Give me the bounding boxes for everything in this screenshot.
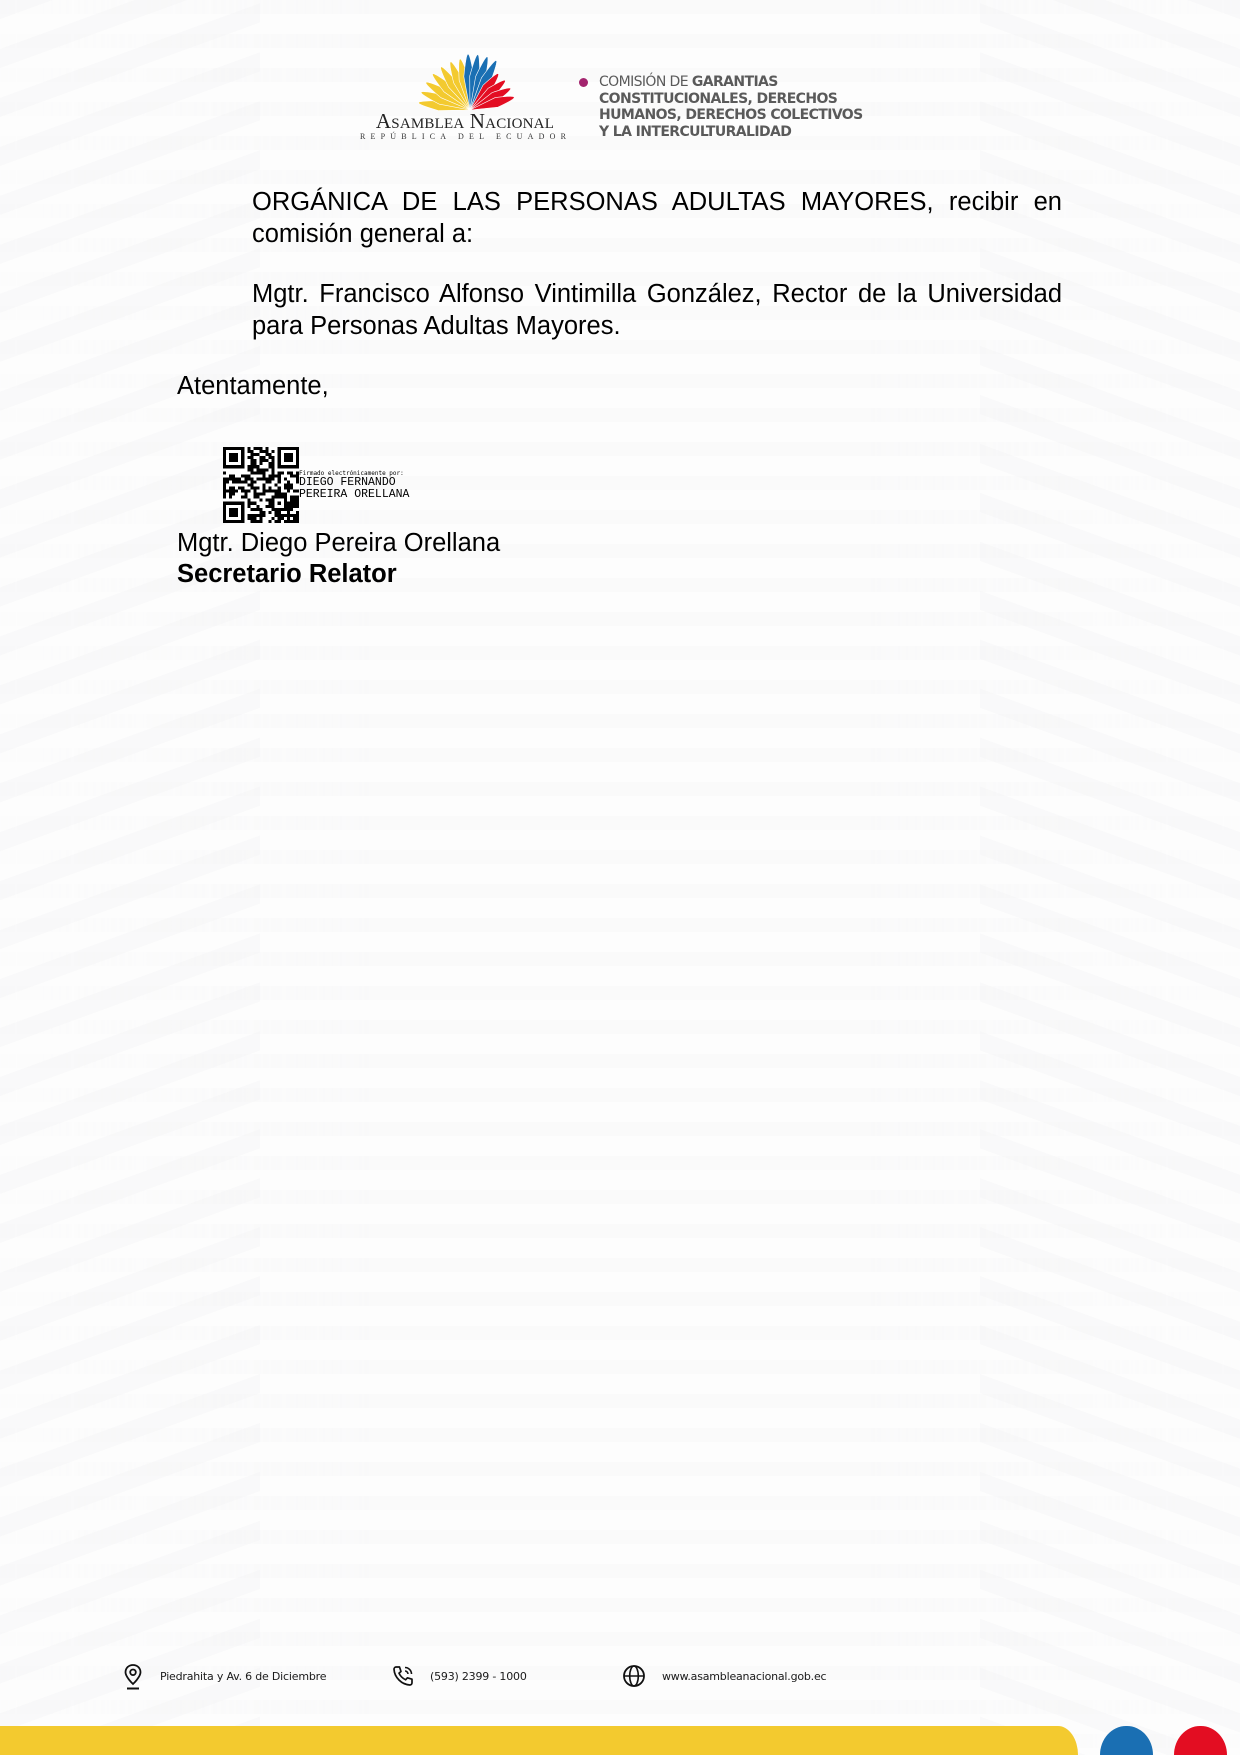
logo-subtitle: REPÚBLICA DEL ECUADOR: [360, 132, 570, 141]
globe-icon: [621, 1662, 647, 1690]
footer-website[interactable]: www.asambleanacional.gob.ec: [621, 1662, 826, 1690]
commission-line: HUMANOS, DERECHOS COLECTIVOS: [599, 107, 863, 124]
address-text: Piedrahita y Av. 6 de Diciembre: [160, 1670, 326, 1683]
body-paragraph-2: Mgtr. Francisco Alfonso Vintimilla Gonzá…: [252, 278, 1062, 342]
commission-bold-text: GARANTIAS: [692, 74, 778, 90]
commission-line: Y LA INTERCULTURALIDAD: [599, 124, 863, 141]
footer-address: Piedrahita y Av. 6 de Diciembre: [120, 1662, 326, 1690]
signer-line-2: PEREIRA ORELLANA: [299, 489, 409, 501]
commission-bold-text: Y LA INTERCULTURALIDAD: [599, 124, 791, 140]
commission-line: CONSTITUCIONALES, DERECHOS: [599, 91, 863, 108]
feather-fan-icon: [352, 52, 572, 112]
commission-bold-text: CONSTITUCIONALES, DERECHOS: [599, 91, 837, 107]
footer-phone[interactable]: (593) 2399 - 1000: [390, 1662, 527, 1690]
phone-icon: [390, 1662, 416, 1690]
commission-light-text: COMISIÓN DE: [599, 74, 692, 90]
bullet-dot-icon: [579, 78, 588, 87]
signature-signer: DIEGO FERNANDO PEREIRA ORELLANA: [299, 477, 409, 501]
closing-salutation: Atentamente,: [177, 372, 329, 401]
commission-line: COMISIÓN DE GARANTIAS: [599, 74, 863, 91]
asamblea-nacional-logo: Asamblea Nacional REPÚBLICA DEL ECUADOR: [352, 52, 572, 144]
background-rays-right: [980, 0, 1240, 1755]
commission-bold-text: HUMANOS, DERECHOS COLECTIVOS: [599, 107, 863, 123]
background-rays-left: [0, 0, 260, 1755]
commission-title: COMISIÓN DE GARANTIASCONSTITUCIONALES, D…: [599, 74, 863, 140]
body-paragraph-1: ORGÁNICA DE LAS PERSONAS ADULTAS MAYORES…: [252, 186, 1062, 250]
signer-name: Mgtr. Diego Pereira Orellana: [177, 528, 500, 558]
qr-code-icon[interactable]: [223, 447, 299, 523]
map-pin-icon: [120, 1662, 146, 1690]
website-link[interactable]: www.asambleanacional.gob.ec: [662, 1670, 826, 1683]
phone-text[interactable]: (593) 2399 - 1000: [430, 1670, 527, 1683]
footer-yellow-band: [0, 1726, 1078, 1755]
logo-name: Asamblea Nacional: [360, 109, 570, 134]
signer-title: Secretario Relator: [177, 559, 397, 589]
